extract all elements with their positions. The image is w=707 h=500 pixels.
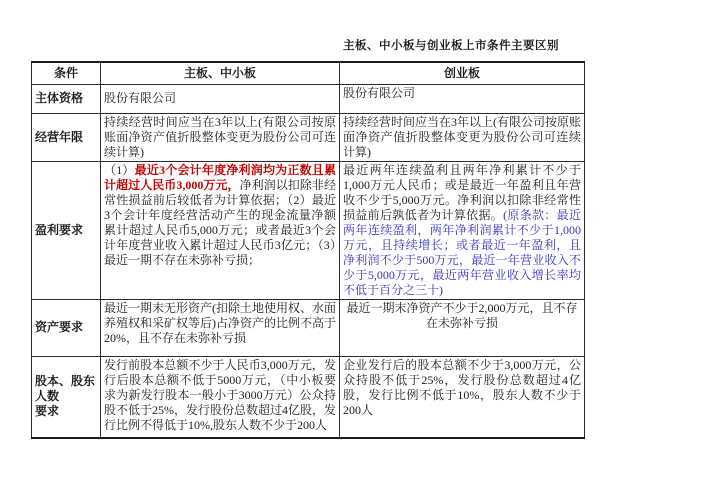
page-title: 主板、中小板与创业板上市条件主要区别 xyxy=(343,37,559,53)
table-row-profit-requirements: 盈利要求 （1）最近3个会计年度净利润均为正数且累计超过人民币3,000万元，净… xyxy=(32,161,585,299)
table-row-subject-qualification: 主体资格 股份有限公司 股份有限公司 xyxy=(32,84,585,113)
listing-conditions-table: 条件 主板、中小板 创业板 主体资格 股份有限公司 股份有限公司 经营年限 持续… xyxy=(31,61,585,439)
cell-years-main-sme: 持续经营时间应当在3年以上(有限公司按原账面净资产值折股整体变更为股份公司可连续… xyxy=(101,113,340,161)
cell-assets-chinext: 最近一期末净资产不少于2,000万元，且不存在未弥补亏损 xyxy=(340,299,585,356)
table-row-equity-shareholder-requirements: 股本、股东人数 要求 发行前股本总额不少于人民币3,000万元，发行后股本总额不… xyxy=(32,356,585,438)
cell-equity-main-sme: 发行前股本总额不少于人民币3,000万元，发行后股本总额不低于5000万元，（中… xyxy=(101,356,340,438)
header-chinext-board: 创业板 xyxy=(340,62,585,84)
row-label-operating-years: 经营年限 xyxy=(32,113,101,161)
table-row-asset-requirements: 资产要求 最近一期末无形资产(扣除土地使用权、水面养殖权和采矿权等后)占净资产的… xyxy=(32,299,585,356)
cell-equity-chinext: 企业发行后的股本总额不少于3,000万元，公众持股不低于25%，发行股份总数超过… xyxy=(340,356,585,438)
header-main-sme-board: 主板、中小板 xyxy=(101,62,340,84)
table-row-operating-years: 经营年限 持续经营时间应当在3年以上(有限公司按原账面净资产值折股整体变更为股份… xyxy=(32,113,585,161)
cell-subject-chinext: 股份有限公司 xyxy=(340,84,585,113)
row-label-subject-qualification: 主体资格 xyxy=(32,84,101,113)
header-condition: 条件 xyxy=(32,62,101,84)
cell-subject-main-sme: 股份有限公司 xyxy=(101,84,340,113)
cell-assets-main-sme: 最近一期末无形资产(扣除土地使用权、水面养殖权和采矿权等后)占净资产的比例不高于… xyxy=(101,299,340,356)
table-header-row: 条件 主板、中小板 创业板 xyxy=(32,62,585,84)
row-label-profit-requirements: 盈利要求 xyxy=(32,161,101,299)
row-label-asset-requirements: 资产要求 xyxy=(32,299,101,356)
cell-years-chinext: 持续经营时间应当在3年以上(有限公司按原账面净资产值折股整体变更为股份公司可连续… xyxy=(340,113,585,161)
cell-profit-main-sme: （1）最近3个会计年度净利润均为正数且累计超过人民币3,000万元，净利润以扣除… xyxy=(101,161,340,299)
row-label-equity-shareholder-requirements: 股本、股东人数 要求 xyxy=(32,356,101,438)
cell-profit-chinext: 最近两年连续盈利且两年净利累计不少于1,000万元人民币；或是最近一年盈利且年营… xyxy=(340,161,585,299)
